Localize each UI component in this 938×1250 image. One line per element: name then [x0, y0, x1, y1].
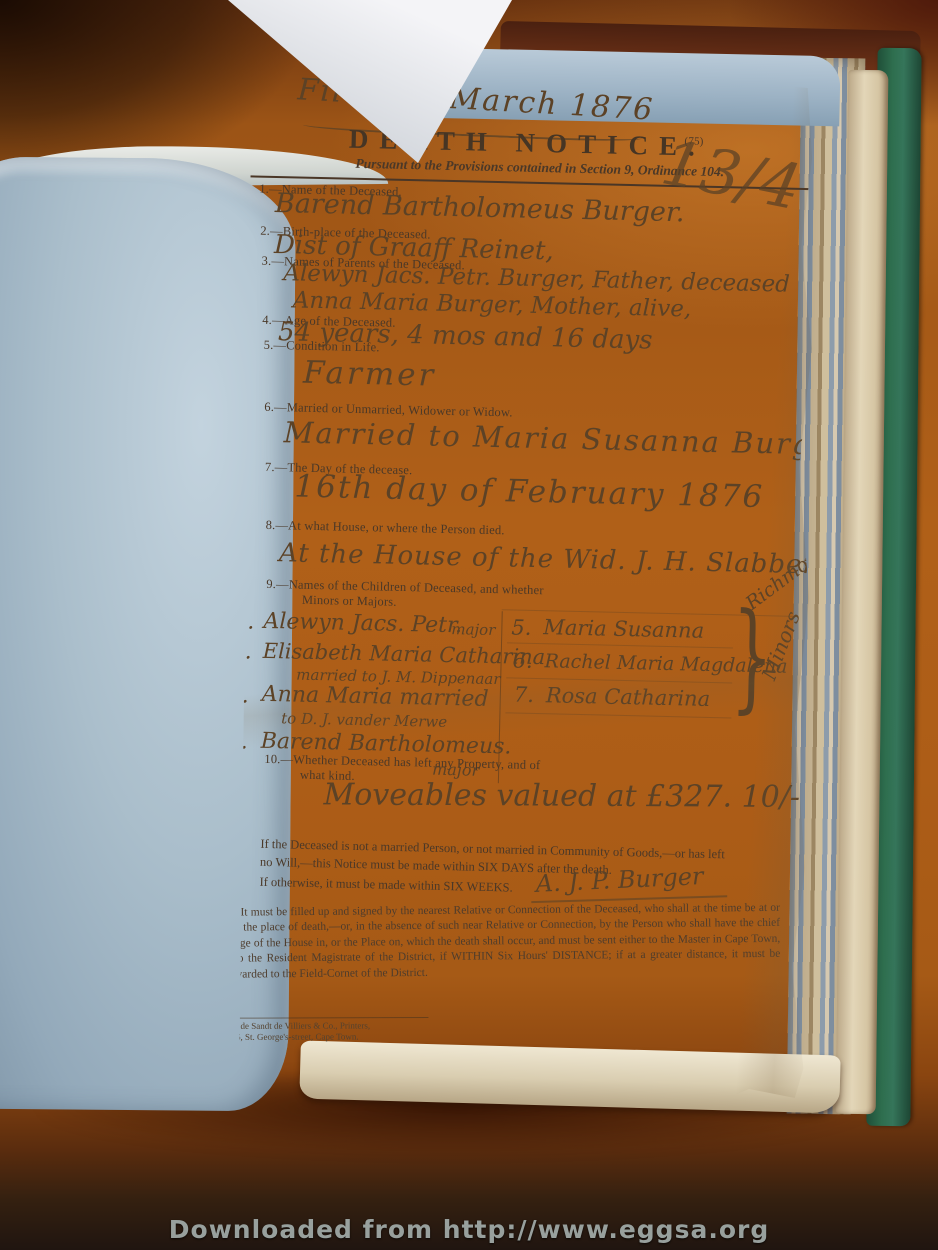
child-3-name: Anna Maria married — [262, 682, 489, 712]
child-1-name: Alewyn Jacs. Petr. — [263, 609, 462, 639]
child-5-number: 5. — [511, 615, 532, 639]
field-10-value: Moveables valued at £327. 10/- — [323, 777, 800, 814]
death-notice-page: Filed 10 March 1876 DEATH NOTICE. Pursua… — [229, 65, 832, 1113]
child-6-underline — [506, 677, 732, 683]
child-6-number: 6. — [512, 648, 533, 672]
child-7-name: Rosa Catharina — [546, 683, 711, 711]
photo-of-death-notice-book: Filed 10 March 1876 DEATH NOTICE. Pursua… — [0, 0, 938, 1250]
printer-imprint-line2: 6, St. George's-street, Cape Town. — [236, 1031, 359, 1043]
field-8-value: At the House of the Wid. J. H. Slabbert — [279, 538, 828, 580]
field-6-value: Married to Maria Susanna Burger — [283, 415, 848, 462]
field-7-value: 16th day of February 1876 — [294, 468, 764, 515]
field-5-value: Farmer — [303, 355, 437, 394]
watermark-text: Downloaded from http://www.eggsa.org — [0, 1215, 938, 1244]
child-2-name: Elisabeth Maria Catharina — [263, 639, 546, 669]
notice-rule-six-weeks: If otherwise, it must be made within SIX… — [259, 874, 559, 898]
printer-imprint-line1: Van de Sandt de Villiers & Co., Printers… — [224, 1020, 370, 1032]
child-1-status: major — [451, 620, 495, 639]
field-9-label-line2: Minors or Majors. — [302, 593, 397, 610]
child-5-name: Maria Susanna — [543, 615, 704, 643]
field-8-label: 8.—At what House, or where the Person di… — [265, 518, 504, 538]
printer-rule — [222, 1017, 428, 1019]
field-1-value: Barend Bartholomeus Burger. — [275, 188, 685, 228]
field-5-label: 5.—Condition in Life. — [264, 338, 380, 356]
child-7-number: 7. — [514, 683, 535, 707]
footnote-instructions: *** It must be filled up and signed by t… — [220, 901, 781, 983]
child-7-underline — [505, 712, 731, 718]
child-3-marriage-note: to D. J. vander Merwe — [281, 709, 447, 731]
